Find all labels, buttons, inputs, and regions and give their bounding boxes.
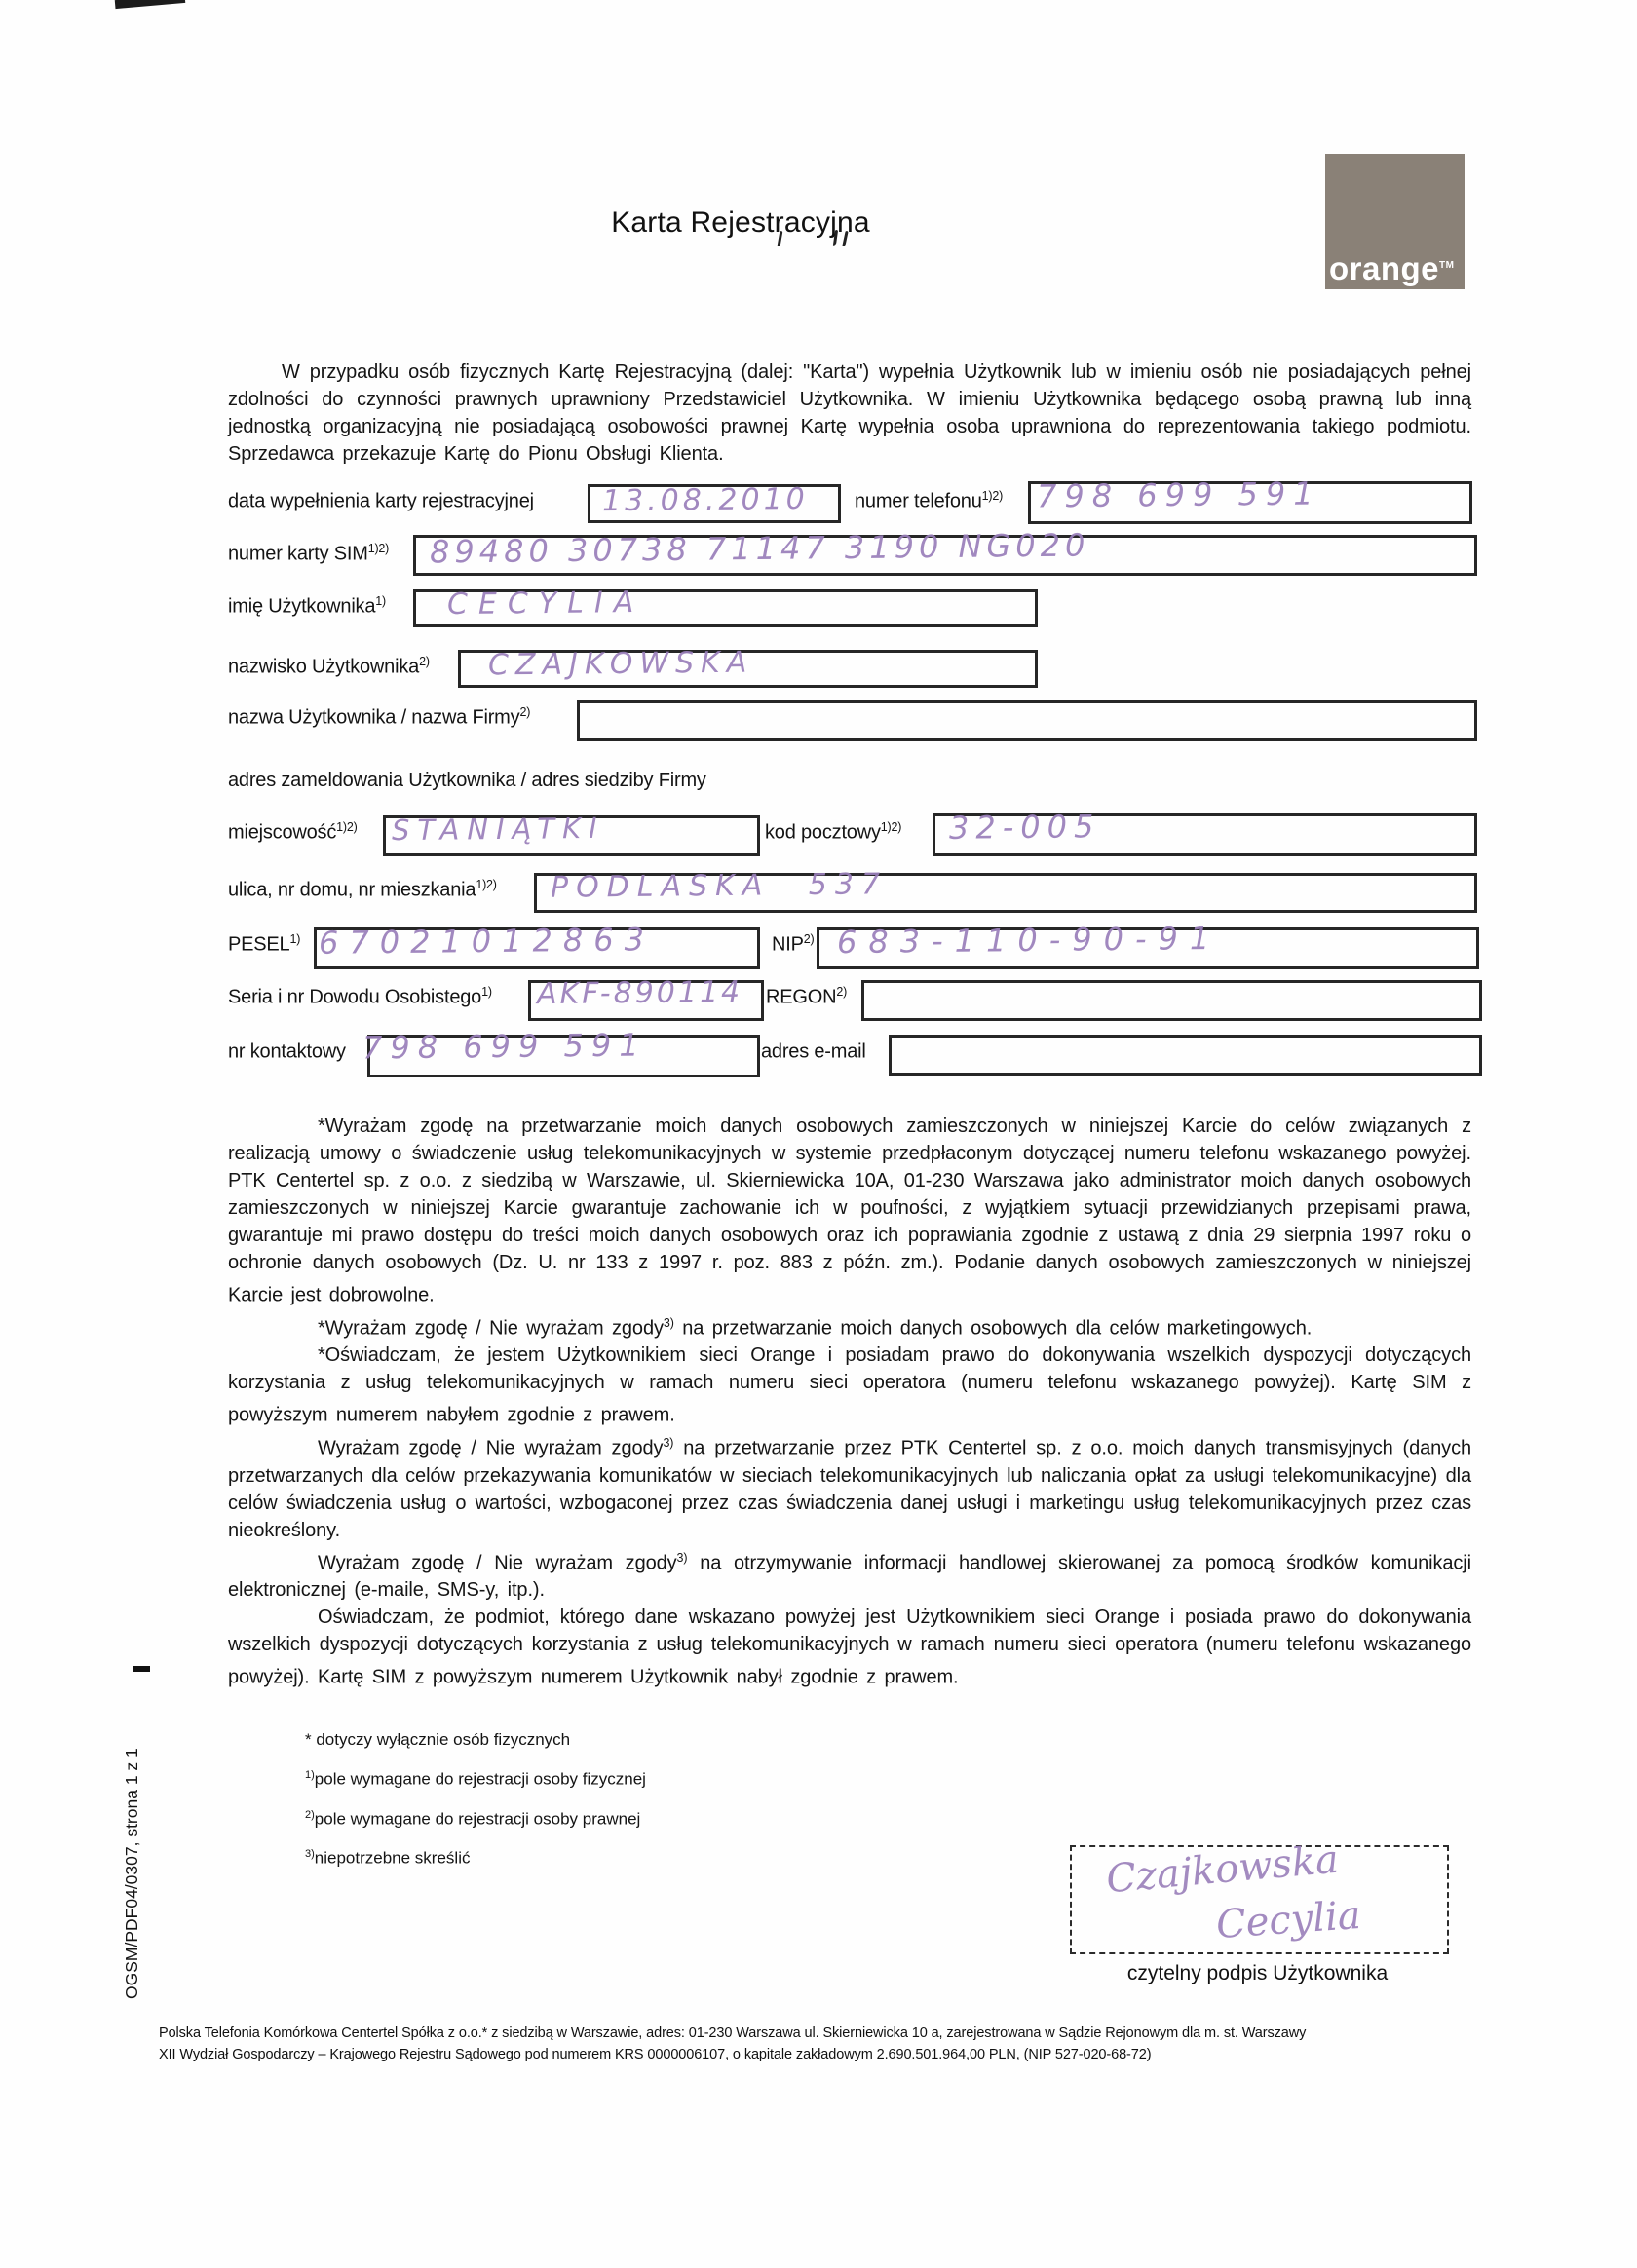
footnote-star: * dotyczy wyłącznie osób fizycznych bbox=[305, 1722, 646, 1758]
field-label-last-name: nazwisko Użytkownika2) bbox=[228, 655, 430, 679]
handwritten-id-card: AKF-890114 bbox=[537, 975, 743, 1011]
field-label-regon: REGON2) bbox=[766, 985, 847, 1009]
handwritten-street: PODLASKA 537 bbox=[551, 867, 888, 905]
footnote-3: 3)niepotrzebne skreślić bbox=[305, 1836, 646, 1876]
field-label-contact-number: nr kontaktowy bbox=[228, 1039, 346, 1064]
intro-paragraph: W przypadku osób fizycznych Kartę Rejest… bbox=[228, 359, 1471, 468]
field-box-street: PODLASKA 537 bbox=[534, 873, 1477, 913]
handwritten-city: STANIĄTKI bbox=[392, 812, 605, 847]
field-box-id-card: AKF-890114 bbox=[528, 980, 764, 1021]
field-box-city: STANIĄTKI bbox=[383, 815, 760, 856]
field-box-company bbox=[577, 700, 1477, 741]
orange-logo: orangeTM bbox=[1325, 154, 1465, 289]
page-title: Karta Rejestracyjna bbox=[0, 207, 1481, 240]
field-box-first-name: CECYLIA bbox=[413, 589, 1038, 627]
consent-paragraph-4: Wyrażam zgodę / Nie wyrażam zgody3) na p… bbox=[228, 1429, 1471, 1544]
field-label-date: data wypełnienia karty rejestracyjnej bbox=[228, 489, 534, 513]
consent-paragraph-1: *Wyrażam zgodę na przetwarzanie moich da… bbox=[228, 1113, 1471, 1309]
field-label-postal-code: kod pocztowy1)2) bbox=[765, 820, 901, 845]
field-box-phone: 798 699 591 bbox=[1028, 481, 1472, 524]
consent-paragraph-6: Oświadczam, że podmiot, którego dane wsk… bbox=[228, 1604, 1471, 1691]
consent-section: *Wyrażam zgodę na przetwarzanie moich da… bbox=[228, 1113, 1471, 1691]
signature-box: Czajkowska Cecylia bbox=[1070, 1845, 1449, 1954]
field-label-street: ulica, nr domu, nr mieszkania1)2) bbox=[228, 878, 497, 902]
field-label-phone: numer telefonu1)2) bbox=[855, 489, 1003, 513]
field-box-date: 13.08.2010 bbox=[588, 484, 841, 523]
handwritten-phone: 798 699 591 bbox=[1037, 474, 1321, 514]
field-box-postal-code: 32-005 bbox=[933, 813, 1477, 856]
field-label-pesel: PESEL1) bbox=[228, 932, 300, 957]
handwritten-nip: 683-110-90-91 bbox=[837, 920, 1222, 961]
field-box-pesel: 67021012863 bbox=[314, 927, 760, 969]
footer-line-2: XII Wydział Gospodarczy – Krajowego Reje… bbox=[159, 2044, 1479, 2065]
handwritten-date: 13.08.2010 bbox=[602, 482, 809, 518]
consent-paragraph-3: *Oświadczam, że jestem Użytkownikiem sie… bbox=[228, 1342, 1471, 1429]
field-box-regon bbox=[861, 980, 1482, 1021]
field-box-sim: 89480 30738 71147 3190 NG020 bbox=[413, 535, 1477, 576]
footnote-1: 1)pole wymagane do rejestracji osoby fiz… bbox=[305, 1758, 646, 1797]
field-label-id-card: Seria i nr Dowodu Osobistego1) bbox=[228, 985, 492, 1009]
field-label-sim: numer karty SIM1)2) bbox=[228, 542, 389, 566]
footer-line-1: Polska Telefonia Komórkowa Centertel Spó… bbox=[159, 2022, 1479, 2044]
handwritten-signature-surname: Czajkowska bbox=[1104, 1837, 1340, 1903]
handwritten-contact-number: 798 699 591 bbox=[362, 1026, 647, 1066]
handwritten-postal-code: 32-005 bbox=[949, 808, 1101, 847]
footnote-2: 2)pole wymagane do rejestracji osoby pra… bbox=[305, 1797, 646, 1837]
document-code-vertical: OGSM/PDF04/0307, strona 1 z 1 bbox=[122, 1695, 142, 1999]
field-label-email: adres e-mail bbox=[761, 1039, 866, 1064]
handwritten-last-name: CZAJKOWSKA bbox=[488, 646, 754, 683]
scan-edge-artifact bbox=[115, 0, 186, 9]
field-box-contact-number: 798 699 591 bbox=[367, 1035, 760, 1077]
signature-caption: czytelny podpis Użytkownika bbox=[1070, 1962, 1445, 1985]
address-section-heading: adres zameldowania Użytkownika / adres s… bbox=[228, 770, 706, 792]
field-label-nip: NIP2) bbox=[772, 932, 814, 957]
field-label-city: miejscowość1)2) bbox=[228, 820, 358, 845]
footnotes: * dotyczy wyłącznie osób fizycznych 1)po… bbox=[305, 1722, 646, 1876]
field-label-company: nazwa Użytkownika / nazwa Firmy2) bbox=[228, 705, 530, 730]
scan-margin-tick bbox=[133, 1666, 150, 1672]
orange-logo-text: orangeTM bbox=[1329, 250, 1454, 287]
handwritten-signature-firstname: Cecylia bbox=[1215, 1893, 1363, 1947]
trademark-symbol: TM bbox=[1439, 260, 1454, 271]
company-footer: Polska Telefonia Komórkowa Centertel Spó… bbox=[159, 2022, 1479, 2065]
field-box-nip: 683-110-90-91 bbox=[817, 927, 1479, 969]
field-label-first-name: imię Użytkownika1) bbox=[228, 594, 386, 619]
field-box-last-name: CZAJKOWSKA bbox=[458, 650, 1038, 688]
field-box-email bbox=[889, 1035, 1482, 1076]
handwritten-sim-number: 89480 30738 71147 3190 NG020 bbox=[430, 526, 1090, 570]
consent-paragraph-5: Wyrażam zgodę / Nie wyrażam zgody3) na o… bbox=[228, 1544, 1471, 1605]
handwritten-first-name: CECYLIA bbox=[447, 586, 645, 622]
handwritten-pesel: 67021012863 bbox=[319, 921, 655, 962]
consent-paragraph-2: *Wyrażam zgodę / Nie wyrażam zgody3) na … bbox=[228, 1309, 1471, 1342]
